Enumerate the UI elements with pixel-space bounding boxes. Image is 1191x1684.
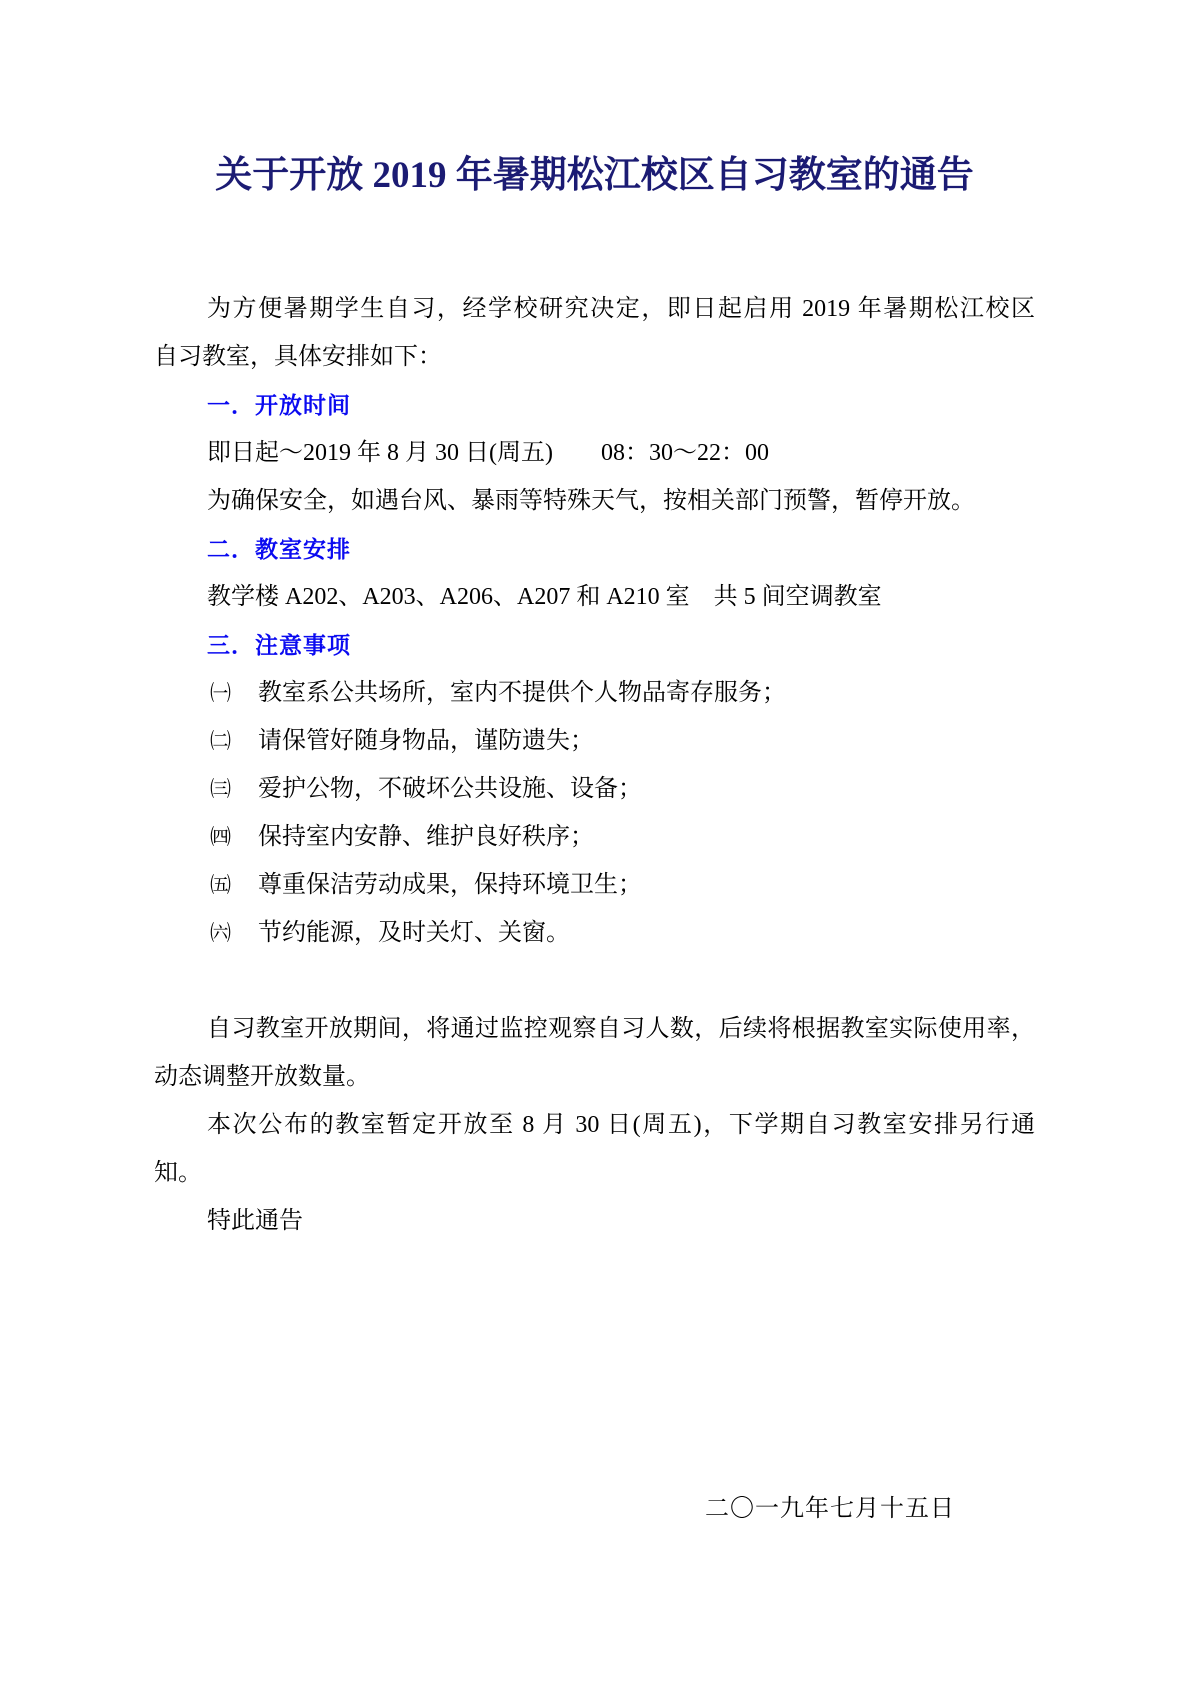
closing-paragraph-1-line-1: 自习教室开放期间，将通过监控观察自习人数，后续将根据教室实际使用率，: [154, 1005, 1035, 1053]
note-marker-5: ㈤: [210, 861, 258, 909]
intro-paragraph-line-1: 为方便暑期学生自习，经学校研究决定，即日起启用 2019 年暑期松江校区: [154, 285, 1035, 333]
section-heading-open-time: 一．开放时间: [154, 381, 1035, 429]
note-text-4: 保持室内安静、维护良好秩序；: [258, 813, 1035, 861]
note-marker-4: ㈣: [210, 813, 258, 861]
note-text-6: 节约能源，及时关灯、关窗。: [258, 909, 1035, 957]
section-heading-notes: 三．注意事项: [154, 621, 1035, 669]
document-title: 关于开放 2019 年暑期松江校区自习教室的通告: [154, 150, 1035, 202]
note-marker-3: ㈢: [210, 765, 258, 813]
open-time-schedule: 即日起～2019 年 8 月 30 日(周五) 08：30～22：00: [154, 429, 1035, 477]
section-heading-rooms: 二．教室安排: [154, 525, 1035, 573]
note-item-1: ㈠ 教室系公共场所，室内不提供个人物品寄存服务；: [154, 669, 1035, 717]
note-marker-6: ㈥: [210, 909, 258, 957]
document-date: 二〇一九年七月十五日: [154, 1485, 1035, 1533]
notice-document: 关于开放 2019 年暑期松江校区自习教室的通告 为方便暑期学生自习，经学校研究…: [0, 0, 1191, 1684]
note-item-6: ㈥ 节约能源，及时关灯、关窗。: [154, 909, 1035, 957]
note-item-3: ㈢ 爱护公物，不破坏公共设施、设备；: [154, 765, 1035, 813]
open-time-weather-note: 为确保安全，如遇台风、暴雨等特殊天气，按相关部门预警，暂停开放。: [154, 477, 1035, 525]
note-marker-1: ㈠: [210, 669, 258, 717]
note-text-2: 请保管好随身物品，谨防遗失；: [258, 717, 1035, 765]
document-body: 为方便暑期学生自习，经学校研究决定，即日起启用 2019 年暑期松江校区 自习教…: [154, 285, 1035, 1533]
note-text-3: 爱护公物，不破坏公共设施、设备；: [258, 765, 1035, 813]
closing-paragraph-2-line-1: 本次公布的教室暂定开放至 8 月 30 日(周五)，下学期自习教室安排另行通: [154, 1101, 1035, 1149]
note-text-5: 尊重保洁劳动成果，保持环境卫生；: [258, 861, 1035, 909]
intro-paragraph-line-2: 自习教室，具体安排如下：: [154, 333, 1035, 381]
signoff-text: 特此通告: [154, 1197, 1035, 1245]
note-item-4: ㈣ 保持室内安静、维护良好秩序；: [154, 813, 1035, 861]
closing-paragraph-2-line-2: 知。: [154, 1149, 1035, 1197]
spacer: [154, 957, 1035, 1005]
note-item-5: ㈤ 尊重保洁劳动成果，保持环境卫生；: [154, 861, 1035, 909]
closing-paragraph-1-line-2: 动态调整开放数量。: [154, 1053, 1035, 1101]
note-item-2: ㈡ 请保管好随身物品，谨防遗失；: [154, 717, 1035, 765]
note-marker-2: ㈡: [210, 717, 258, 765]
note-text-1: 教室系公共场所，室内不提供个人物品寄存服务；: [258, 669, 1035, 717]
rooms-list: 教学楼 A202、A203、A206、A207 和 A210 室 共 5 间空调…: [154, 573, 1035, 621]
